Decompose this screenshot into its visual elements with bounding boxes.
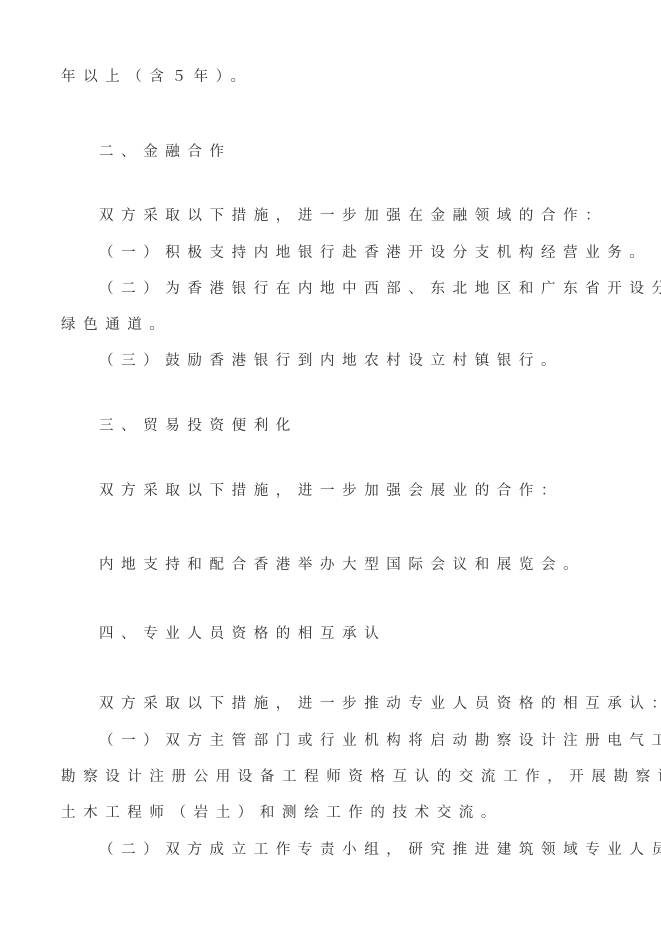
section-heading: 三、贸易投资便利化 xyxy=(99,416,298,436)
text-line: （一）积极支持内地银行赴香港开设分支机构经营业务。 xyxy=(99,243,652,263)
text-line: 双方采取以下措施，进一步加强在金融领域的合作： xyxy=(99,206,607,226)
section-heading: 四、专业人员资格的相互承认 xyxy=(99,624,386,644)
text-line: 双方采取以下措施，进一步加强会展业的合作： xyxy=(99,481,563,501)
section-heading: 二、金融合作 xyxy=(99,142,232,162)
text-line: 土木工程师（岩土）和测绘工作的技术交流。 xyxy=(61,803,503,823)
text-line: 绿色通道。 xyxy=(61,315,172,335)
text-line: 内地支持和配合香港举办大型国际会议和展览会。 xyxy=(99,555,585,575)
text-line: 年以上（含５年）。 xyxy=(61,67,253,87)
text-line: 勘察设计注册公用设备工程师资格互认的交流工作，开展勘察设计注册 xyxy=(61,767,661,787)
text-line: （二）为香港银行在内地中西部、东北地区和广东省开设分行设立 xyxy=(99,279,661,299)
text-line: 双方采取以下措施，进一步推动专业人员资格的相互承认： xyxy=(99,694,661,714)
text-line: （一）双方主管部门或行业机构将启动勘察设计注册电气工程师、 xyxy=(99,731,661,751)
text-line: （三）鼓励香港银行到内地农村设立村镇银行。 xyxy=(99,351,563,371)
text-line: （二）双方成立工作专责小组，研究推进建筑领域专业人员资格互 xyxy=(99,840,661,860)
